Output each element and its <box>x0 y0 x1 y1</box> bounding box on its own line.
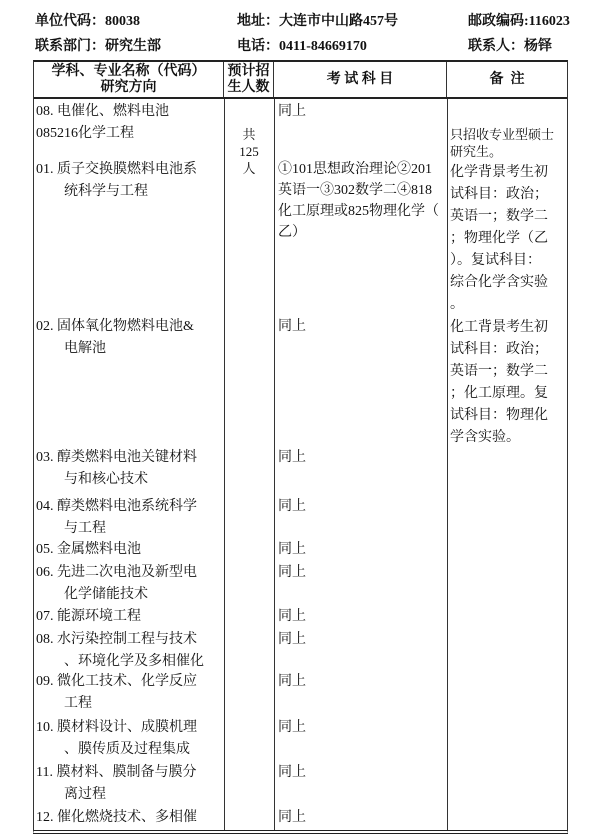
ditto-mark: 同上 <box>278 606 444 628</box>
research-direction: 10. 膜材料设计、成膜机理 、膜传质及过程集成 <box>36 717 250 761</box>
ditto-mark: 同上 <box>278 671 444 693</box>
column-divider-2 <box>274 99 275 830</box>
research-direction: 02. 固体氧化物燃料电池& 电解池 <box>36 316 250 360</box>
remark-chemeng-background: 化工背景考生初 试科目：政治； 英语一；数学二 ；化工原理。复 试科目：物理化 … <box>450 317 566 449</box>
unit-code-field: 单位代码：80038 <box>35 10 140 30</box>
ditto-mark: 同上 <box>278 717 444 739</box>
admissions-document-page: 单位代码：80038 地址：大连市中山路457号 邮政编码:116023 联系部… <box>0 0 604 838</box>
research-direction: 12. 催化燃烧技术、多相催 <box>36 807 250 829</box>
ditto-mark: 同上 <box>278 807 444 829</box>
ditto-mark: 同上 <box>278 101 444 123</box>
postal-code-field: 邮政编码:116023 <box>468 10 570 30</box>
contact-dept-field: 联系部门：研究生部 <box>35 35 161 55</box>
research-direction: 01. 质子交换膜燃料电池系 统科学与工程 <box>36 159 250 203</box>
phone-field: 电话：0411-84669170 <box>237 35 367 55</box>
research-direction: 06. 先进二次电池及新型电 化学储能技术 <box>36 562 250 606</box>
ditto-mark: 同上 <box>278 762 444 784</box>
header-subjects-column: 考 试 科 目 <box>274 62 447 97</box>
contact-person-field: 联系人：杨铎 <box>468 35 552 55</box>
research-direction: 11. 膜材料、膜制备与膜分 离过程 <box>36 762 250 806</box>
ditto-mark: 同上 <box>278 539 444 561</box>
column-divider-3 <box>447 99 448 830</box>
enrollment-quota: 共 125 人 <box>224 126 274 177</box>
header-quota-column: 预计招 生人数 <box>224 62 274 97</box>
address-field: 地址：大连市中山路457号 <box>237 10 398 30</box>
research-direction: 07. 能源环境工程 <box>36 606 250 628</box>
table-body: 08. 电催化、燃料电池 085216化学工程 01. 质子交换膜燃料电池系 统… <box>34 99 567 830</box>
exam-subjects: ①101思想政治理论②201 英语一③302数学二④818 化工原理或825物理… <box>278 159 444 243</box>
admissions-table: 学科、专业名称（代码） 研究方向 预计招 生人数 考 试 科 目 备 注 08.… <box>33 60 568 834</box>
remark-program-type: 只招收专业型硕士 研究生。 <box>450 126 566 160</box>
ditto-mark: 同上 <box>278 562 444 584</box>
ditto-mark: 同上 <box>278 447 444 469</box>
ditto-mark: 同上 <box>278 629 444 651</box>
research-direction: 08. 电催化、燃料电池 <box>36 101 250 123</box>
research-direction: 04. 醇类燃料电池系统科学 与工程 <box>36 496 250 540</box>
header-remarks-column: 备 注 <box>447 62 567 97</box>
header-program-column: 学科、专业名称（代码） 研究方向 <box>34 62 224 97</box>
research-direction: 08. 水污染控制工程与技术 、环境化学及多相催化 <box>36 629 250 673</box>
ditto-mark: 同上 <box>278 316 444 338</box>
research-direction: 05. 金属燃料电池 <box>36 539 250 561</box>
program-code: 085216化学工程 <box>36 123 222 145</box>
ditto-mark: 同上 <box>278 496 444 518</box>
remark-chemistry-background: 化学背景考生初 试科目：政治； 英语一；数学二 ；物理化学（乙 ）。复试科目： … <box>450 162 566 316</box>
table-header-row: 学科、专业名称（代码） 研究方向 预计招 生人数 考 试 科 目 备 注 <box>34 62 567 99</box>
research-direction: 09. 微化工技术、化学反应 工程 <box>36 671 250 715</box>
research-direction: 03. 醇类燃料电池关键材料 与和核心技术 <box>36 447 250 491</box>
